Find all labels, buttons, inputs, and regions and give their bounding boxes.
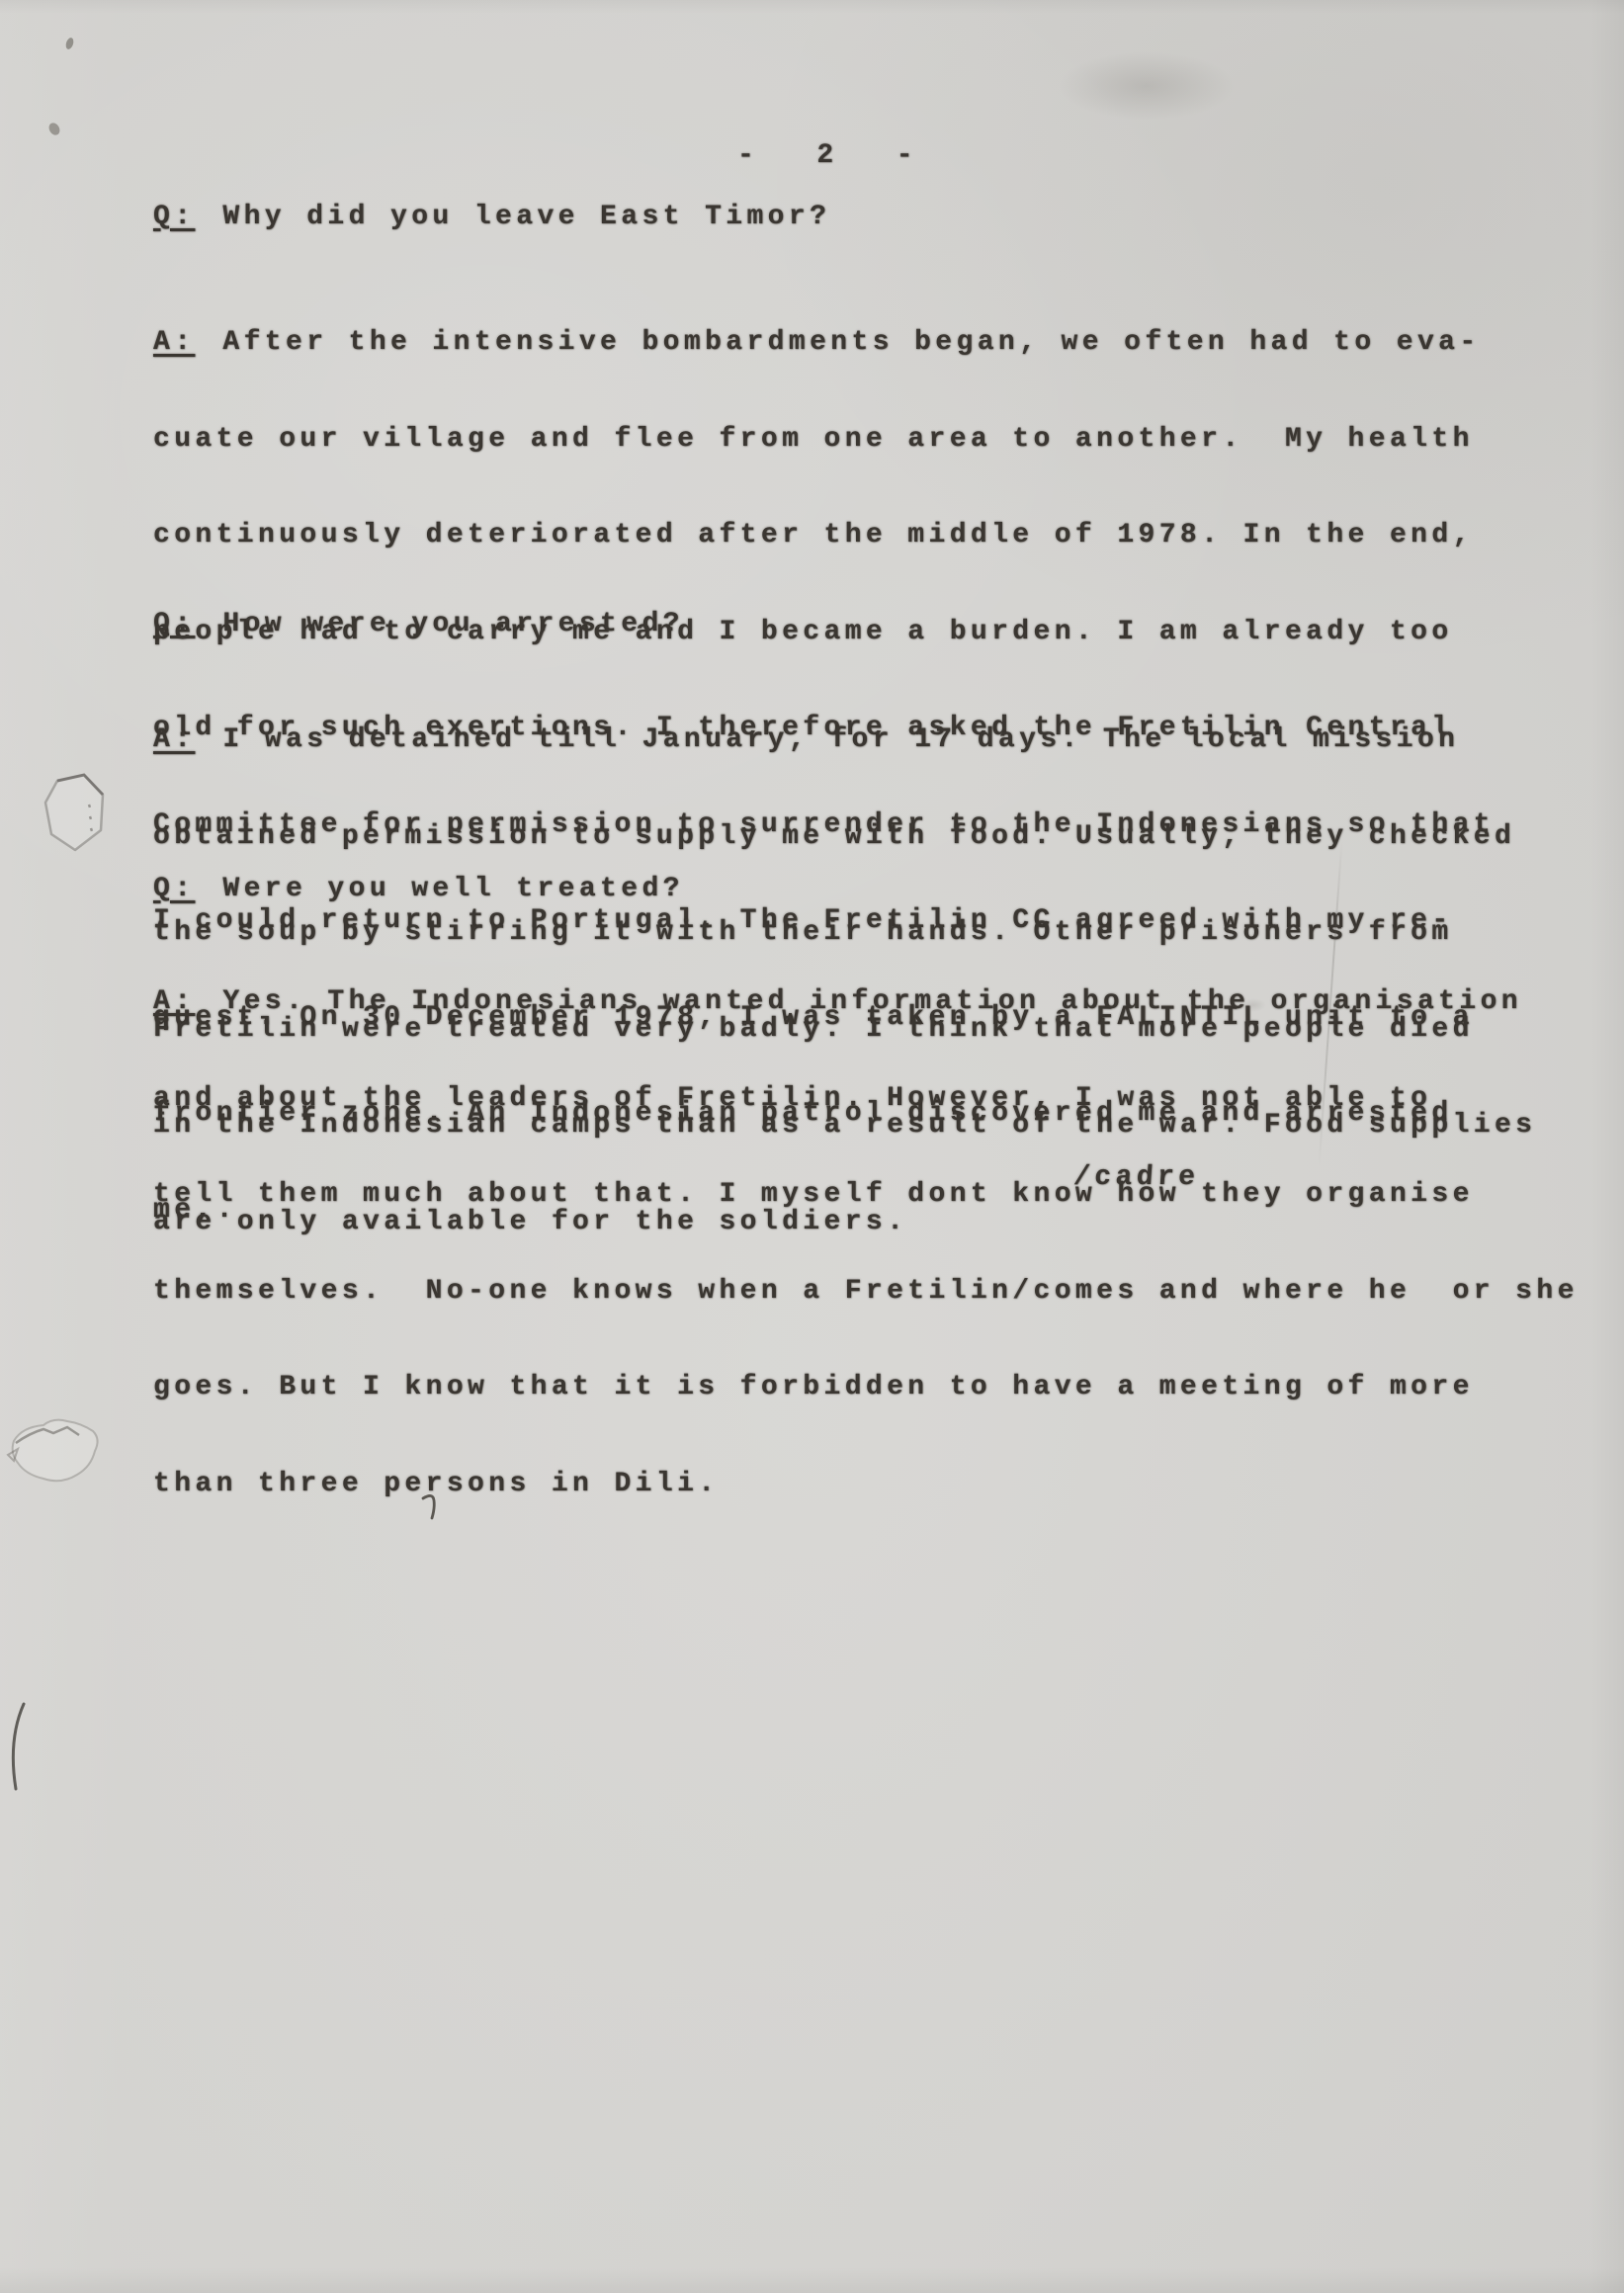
answer-3-line: than three persons in Dili. bbox=[153, 1469, 1579, 1501]
question-2: Q:How were you arrested? bbox=[153, 609, 684, 641]
question-2-label: Q: bbox=[153, 609, 195, 639]
cadre-annotation: /cadre bbox=[1073, 1162, 1199, 1195]
question-3-label: Q: bbox=[153, 874, 195, 904]
paper-speck bbox=[64, 37, 74, 50]
cadre-annotation-text: /cadre bbox=[1072, 1162, 1200, 1195]
paper-emboss-mark bbox=[30, 769, 119, 868]
answer-3-line: and about the leaders of Fretilin. Howev… bbox=[153, 1083, 1579, 1116]
question-1: Q:Why did you leave East Timor? bbox=[153, 202, 830, 234]
answer-1-line: A:After the intensive bombardments began… bbox=[153, 327, 1495, 360]
answer-3-line: themselves. No-one knows when a Fretilin… bbox=[153, 1276, 1579, 1309]
answer-1-line-text: After the intensive bombardments began, … bbox=[222, 327, 1480, 358]
answer-1-label: A: bbox=[153, 327, 195, 358]
paper-speck bbox=[46, 121, 61, 136]
answer-1-line: continuously deteriorated after the midd… bbox=[153, 520, 1495, 552]
answer-3-line: tell them much about that. I myself dont… bbox=[153, 1179, 1579, 1212]
answer-3-line-text: Yes. The Indonesians wanted information … bbox=[222, 986, 1522, 1017]
answer-2-line: A:I was detained till January, for 17 da… bbox=[153, 724, 1536, 757]
paper-smudge bbox=[1058, 51, 1236, 121]
answer-3-label: A: bbox=[153, 986, 195, 1017]
answer-1-line: cuate our village and flee from one area… bbox=[153, 424, 1495, 457]
paper-crumple-mark bbox=[0, 1403, 119, 1502]
page-number: - 2 - bbox=[737, 140, 917, 173]
answer-2-line-text: I was detained till January, for 17 days… bbox=[222, 724, 1459, 755]
answer-3-line: A:Yes. The Indonesians wanted informatio… bbox=[153, 986, 1579, 1019]
answer-2-line: obtained permission to supply me with fo… bbox=[153, 821, 1536, 854]
question-2-text: How were you arrested? bbox=[222, 609, 683, 639]
answer-3-line: goes. But I know that it is forbidden to… bbox=[153, 1372, 1579, 1404]
question-1-label: Q: bbox=[153, 202, 195, 232]
question-1-text: Why did you leave East Timor? bbox=[222, 202, 830, 232]
paper-fold-line bbox=[2, 1700, 32, 1794]
scanned-document-page: - 2 - Q:Why did you leave East Timor? A:… bbox=[0, 0, 1624, 2293]
answer-3: A:Yes. The Indonesians wanted informatio… bbox=[153, 922, 1579, 1565]
question-3-text: Were you well treated? bbox=[222, 874, 683, 904]
answer-2-label: A: bbox=[153, 724, 195, 755]
question-3: Q:Were you well treated? bbox=[153, 874, 684, 906]
